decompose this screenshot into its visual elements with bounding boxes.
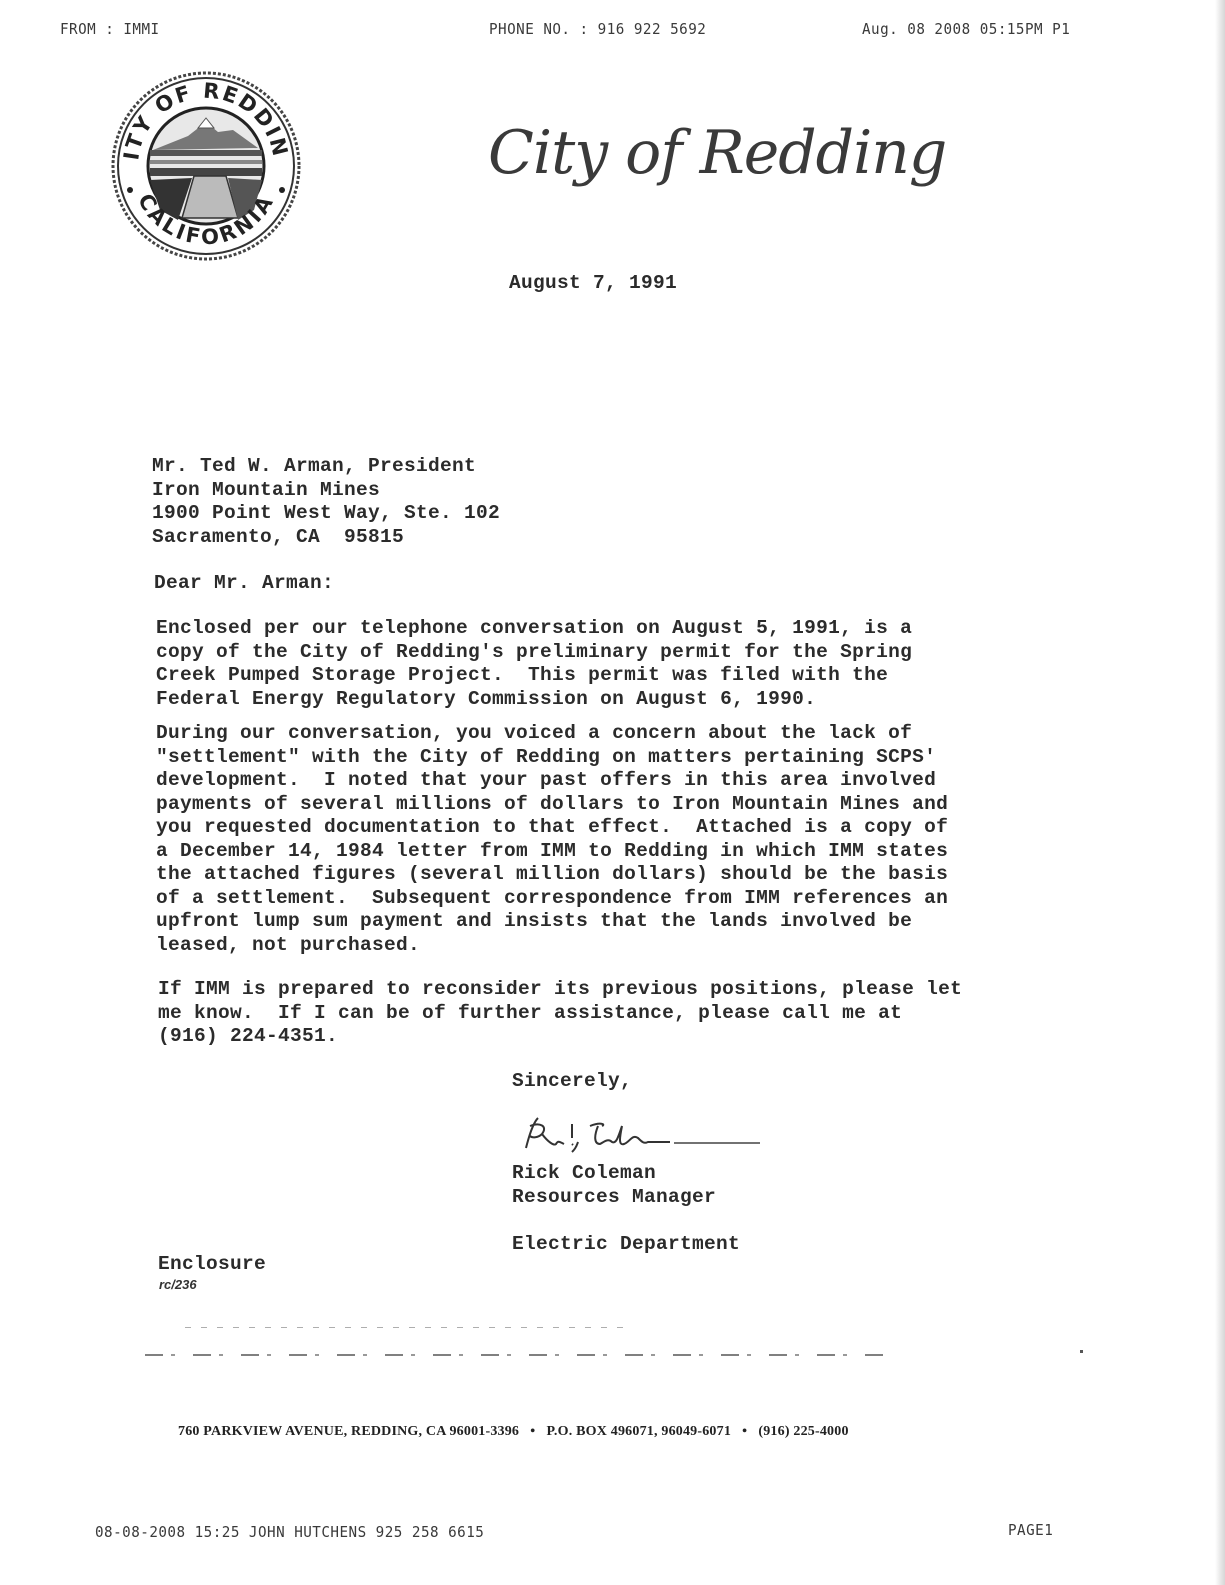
fax-footer-sender: 08-08-2008 15:25 JOHN HUTCHENS 925 258 6… xyxy=(95,1523,484,1541)
recipient-street: 1900 Point West Way, Ste. 102 xyxy=(152,502,500,526)
paragraph-line: you requested documentation to that effe… xyxy=(156,816,1086,840)
body-paragraph-2: During our conversation, you voiced a co… xyxy=(156,722,1086,957)
paragraph-line: During our conversation, you voiced a co… xyxy=(156,722,1086,746)
paragraph-line: the attached figures (several million do… xyxy=(156,863,1086,887)
letter-date: August 7, 1991 xyxy=(509,272,677,296)
city-seal-icon: CITY OF REDDING CALIFORNIA xyxy=(108,70,304,262)
letterhead-footer: 760 PARKVIEW AVENUE, REDDING, CA 96001-3… xyxy=(178,1424,849,1440)
recipient-name: Mr. Ted W. Arman, President xyxy=(152,455,500,479)
paragraph-line: development. I noted that your past offe… xyxy=(156,769,1086,793)
signature xyxy=(520,1112,780,1162)
typist-initials: rc/236 xyxy=(159,1277,197,1292)
paragraph-line: (916) 224-4351. xyxy=(158,1025,1088,1049)
body-paragraph-1: Enclosed per our telephone conversation … xyxy=(156,617,1086,711)
paragraph-line: me know. If I can be of further assistan… xyxy=(158,1002,1088,1026)
paragraph-line: of a settlement. Subsequent corresponden… xyxy=(156,887,1086,911)
paragraph-line: Enclosed per our telephone conversation … xyxy=(156,617,1086,641)
signatory-block: Rick Coleman Resources Manager xyxy=(512,1162,716,1209)
signatory-department: Electric Department xyxy=(512,1233,740,1257)
paragraph-line: Federal Energy Regulatory Commission on … xyxy=(156,688,1086,712)
paragraph-line: a December 14, 1984 letter from IMM to R… xyxy=(156,840,1086,864)
footer-phone: (916) 225-4000 xyxy=(758,1424,848,1439)
signatory-title: Resources Manager xyxy=(512,1186,716,1210)
fax-phone: PHONE NO. : 916 922 5692 xyxy=(489,20,706,38)
paragraph-line: "settlement" with the City of Redding on… xyxy=(156,746,1086,770)
scan-artifact-dot xyxy=(1080,1350,1083,1353)
signatory-name: Rick Coleman xyxy=(512,1162,716,1186)
fax-footer-page: PAGE1 xyxy=(1008,1521,1053,1539)
footer-separator: • xyxy=(530,1424,535,1439)
body-paragraph-3: If IMM is prepared to reconsider its pre… xyxy=(158,978,1088,1049)
paragraph-line: leased, not purchased. xyxy=(156,934,1086,958)
recipient-city: Sacramento, CA 95815 xyxy=(152,526,500,550)
page-edge-shadow xyxy=(1215,0,1225,1585)
paragraph-line: copy of the City of Redding's preliminar… xyxy=(156,641,1086,665)
recipient-company: Iron Mountain Mines xyxy=(152,479,500,503)
scan-artifact-line xyxy=(185,1327,625,1328)
paragraph-line: Creek Pumped Storage Project. This permi… xyxy=(156,664,1086,688)
valediction: Sincerely, xyxy=(512,1070,632,1094)
salutation: Dear Mr. Arman: xyxy=(154,572,334,596)
scan-artifact-line xyxy=(145,1354,885,1356)
recipient-address: Mr. Ted W. Arman, President Iron Mountai… xyxy=(152,455,500,549)
paragraph-line: payments of several millions of dollars … xyxy=(156,793,1086,817)
fax-from: FROM : IMMI xyxy=(60,20,160,38)
footer-street-address: 760 PARKVIEW AVENUE, REDDING, CA 96001-3… xyxy=(178,1424,519,1439)
fax-timestamp: Aug. 08 2008 05:15PM P1 xyxy=(862,20,1070,38)
letterhead-title: City of Redding xyxy=(488,118,946,188)
enclosure-label: Enclosure xyxy=(158,1253,266,1277)
footer-separator: • xyxy=(742,1424,747,1439)
paragraph-line: If IMM is prepared to reconsider its pre… xyxy=(158,978,1088,1002)
footer-po-box: P.O. BOX 496071, 96049-6071 xyxy=(546,1424,731,1439)
paragraph-line: upfront lump sum payment and insists tha… xyxy=(156,910,1086,934)
